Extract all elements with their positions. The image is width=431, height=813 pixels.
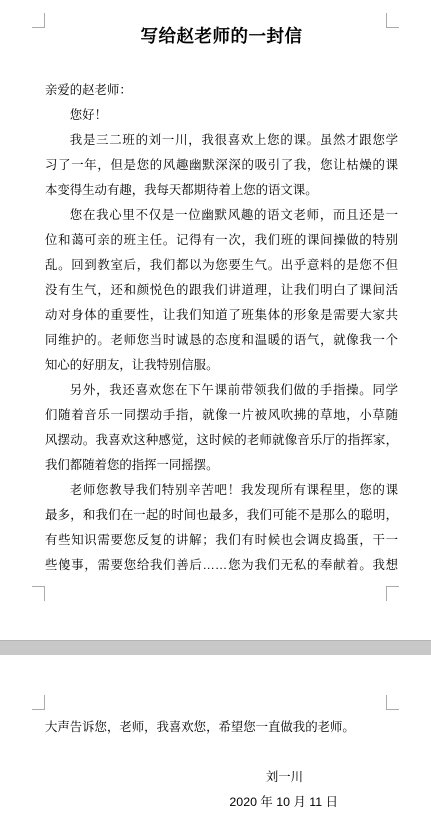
signature-date: 2020 年 10 月 11 日 — [45, 790, 398, 813]
body-line: 动对身体的重要性，让我们知道了班集体的形象是需要大家共 — [45, 303, 398, 328]
body-line: 乱。回到教室后，我们都以为您要生气。出乎意料的是您不但 — [45, 253, 398, 278]
body-line: 些傻事，需要您给我们善后……您为我们无私的奉献着。我想 — [45, 553, 398, 578]
body-line: 我是三二班的刘一川，我很喜欢上您的课。虽然才跟您学 — [45, 128, 398, 153]
greeting-line: 您好！ — [45, 103, 398, 128]
page-1-content: 写给赵老师的一封信 亲爱的赵老师： 您好！ 我是三二班的刘一川，我很喜欢上您的课… — [0, 0, 431, 578]
margin-corner-mark-top-left — [32, 13, 45, 28]
page-2: 大声告诉您，老师，我喜欢您，希望您一直做我的老师。 刘一川 2020 年 10 … — [0, 655, 431, 813]
margin-corner-mark-top-left — [32, 695, 45, 710]
signature-name: 刘一川 — [45, 765, 398, 790]
body-line: 另外，我还喜欢您在下午课前带领我们做的手指操。同学 — [45, 378, 398, 403]
salutation-line: 亲爱的赵老师： — [45, 78, 398, 103]
page-2-content: 大声告诉您，老师，我喜欢您，希望您一直做我的老师。 刘一川 2020 年 10 … — [0, 655, 431, 813]
body-line: 风摆动。我喜欢这种感觉，这时候的老师就像音乐厅的指挥家， — [45, 428, 398, 453]
body-line: 习了一年，但是您的风趣幽默深深的吸引了我，您让枯燥的课 — [45, 153, 398, 178]
document-viewport: 写给赵老师的一封信 亲爱的赵老师： 您好！ 我是三二班的刘一川，我很喜欢上您的课… — [0, 0, 431, 813]
body-line: 本变得生动有趣，我每天都期待着上您的语文课。 — [45, 178, 398, 203]
letter-title: 写给赵老师的一封信 — [45, 0, 398, 50]
body-line: 们随着音乐一同摆动手指，就像一片被风吹拂的草地，小草随 — [45, 403, 398, 428]
title-gap — [45, 50, 398, 78]
body-line: 没有生气，还和颜悦色的跟我们讲道理，让我们明白了课间活 — [45, 278, 398, 303]
blank-line — [45, 740, 398, 765]
page-1: 写给赵老师的一封信 亲爱的赵老师： 您好！ 我是三二班的刘一川，我很喜欢上您的课… — [0, 0, 431, 640]
body-line: 知心的好朋友，让我特别信服。 — [45, 353, 398, 378]
body-line: 您在我心里不仅是一位幽默风趣的语文老师，而且还是一 — [45, 203, 398, 228]
body-line: 我们都随着您的指挥一同摇摆。 — [45, 453, 398, 478]
margin-corner-mark-top-right — [386, 695, 399, 710]
margin-corner-mark-bottom-right — [386, 586, 399, 601]
margin-corner-mark-top-right — [386, 13, 399, 28]
body-line: 有些知识需要您反复的讲解；我们有时候也会调皮捣蛋，干一 — [45, 528, 398, 553]
body-line: 最多，和我们在一起的时间也最多，我们可能不是那么的聪明， — [45, 503, 398, 528]
page-break-gap — [0, 640, 431, 655]
body-line: 老师您教导我们特别辛苦吧！我发现所有课程里，您的课 — [45, 478, 398, 503]
body-line: 大声告诉您，老师，我喜欢您，希望您一直做我的老师。 — [45, 715, 398, 740]
margin-corner-mark-bottom-left — [32, 586, 45, 601]
body-line: 位和蔼可亲的班主任。记得有一次，我们班的课间操做的特别 — [45, 228, 398, 253]
body-line: 同维护的。老师您当时诚恳的态度和温暖的语气，就像我一个 — [45, 328, 398, 353]
